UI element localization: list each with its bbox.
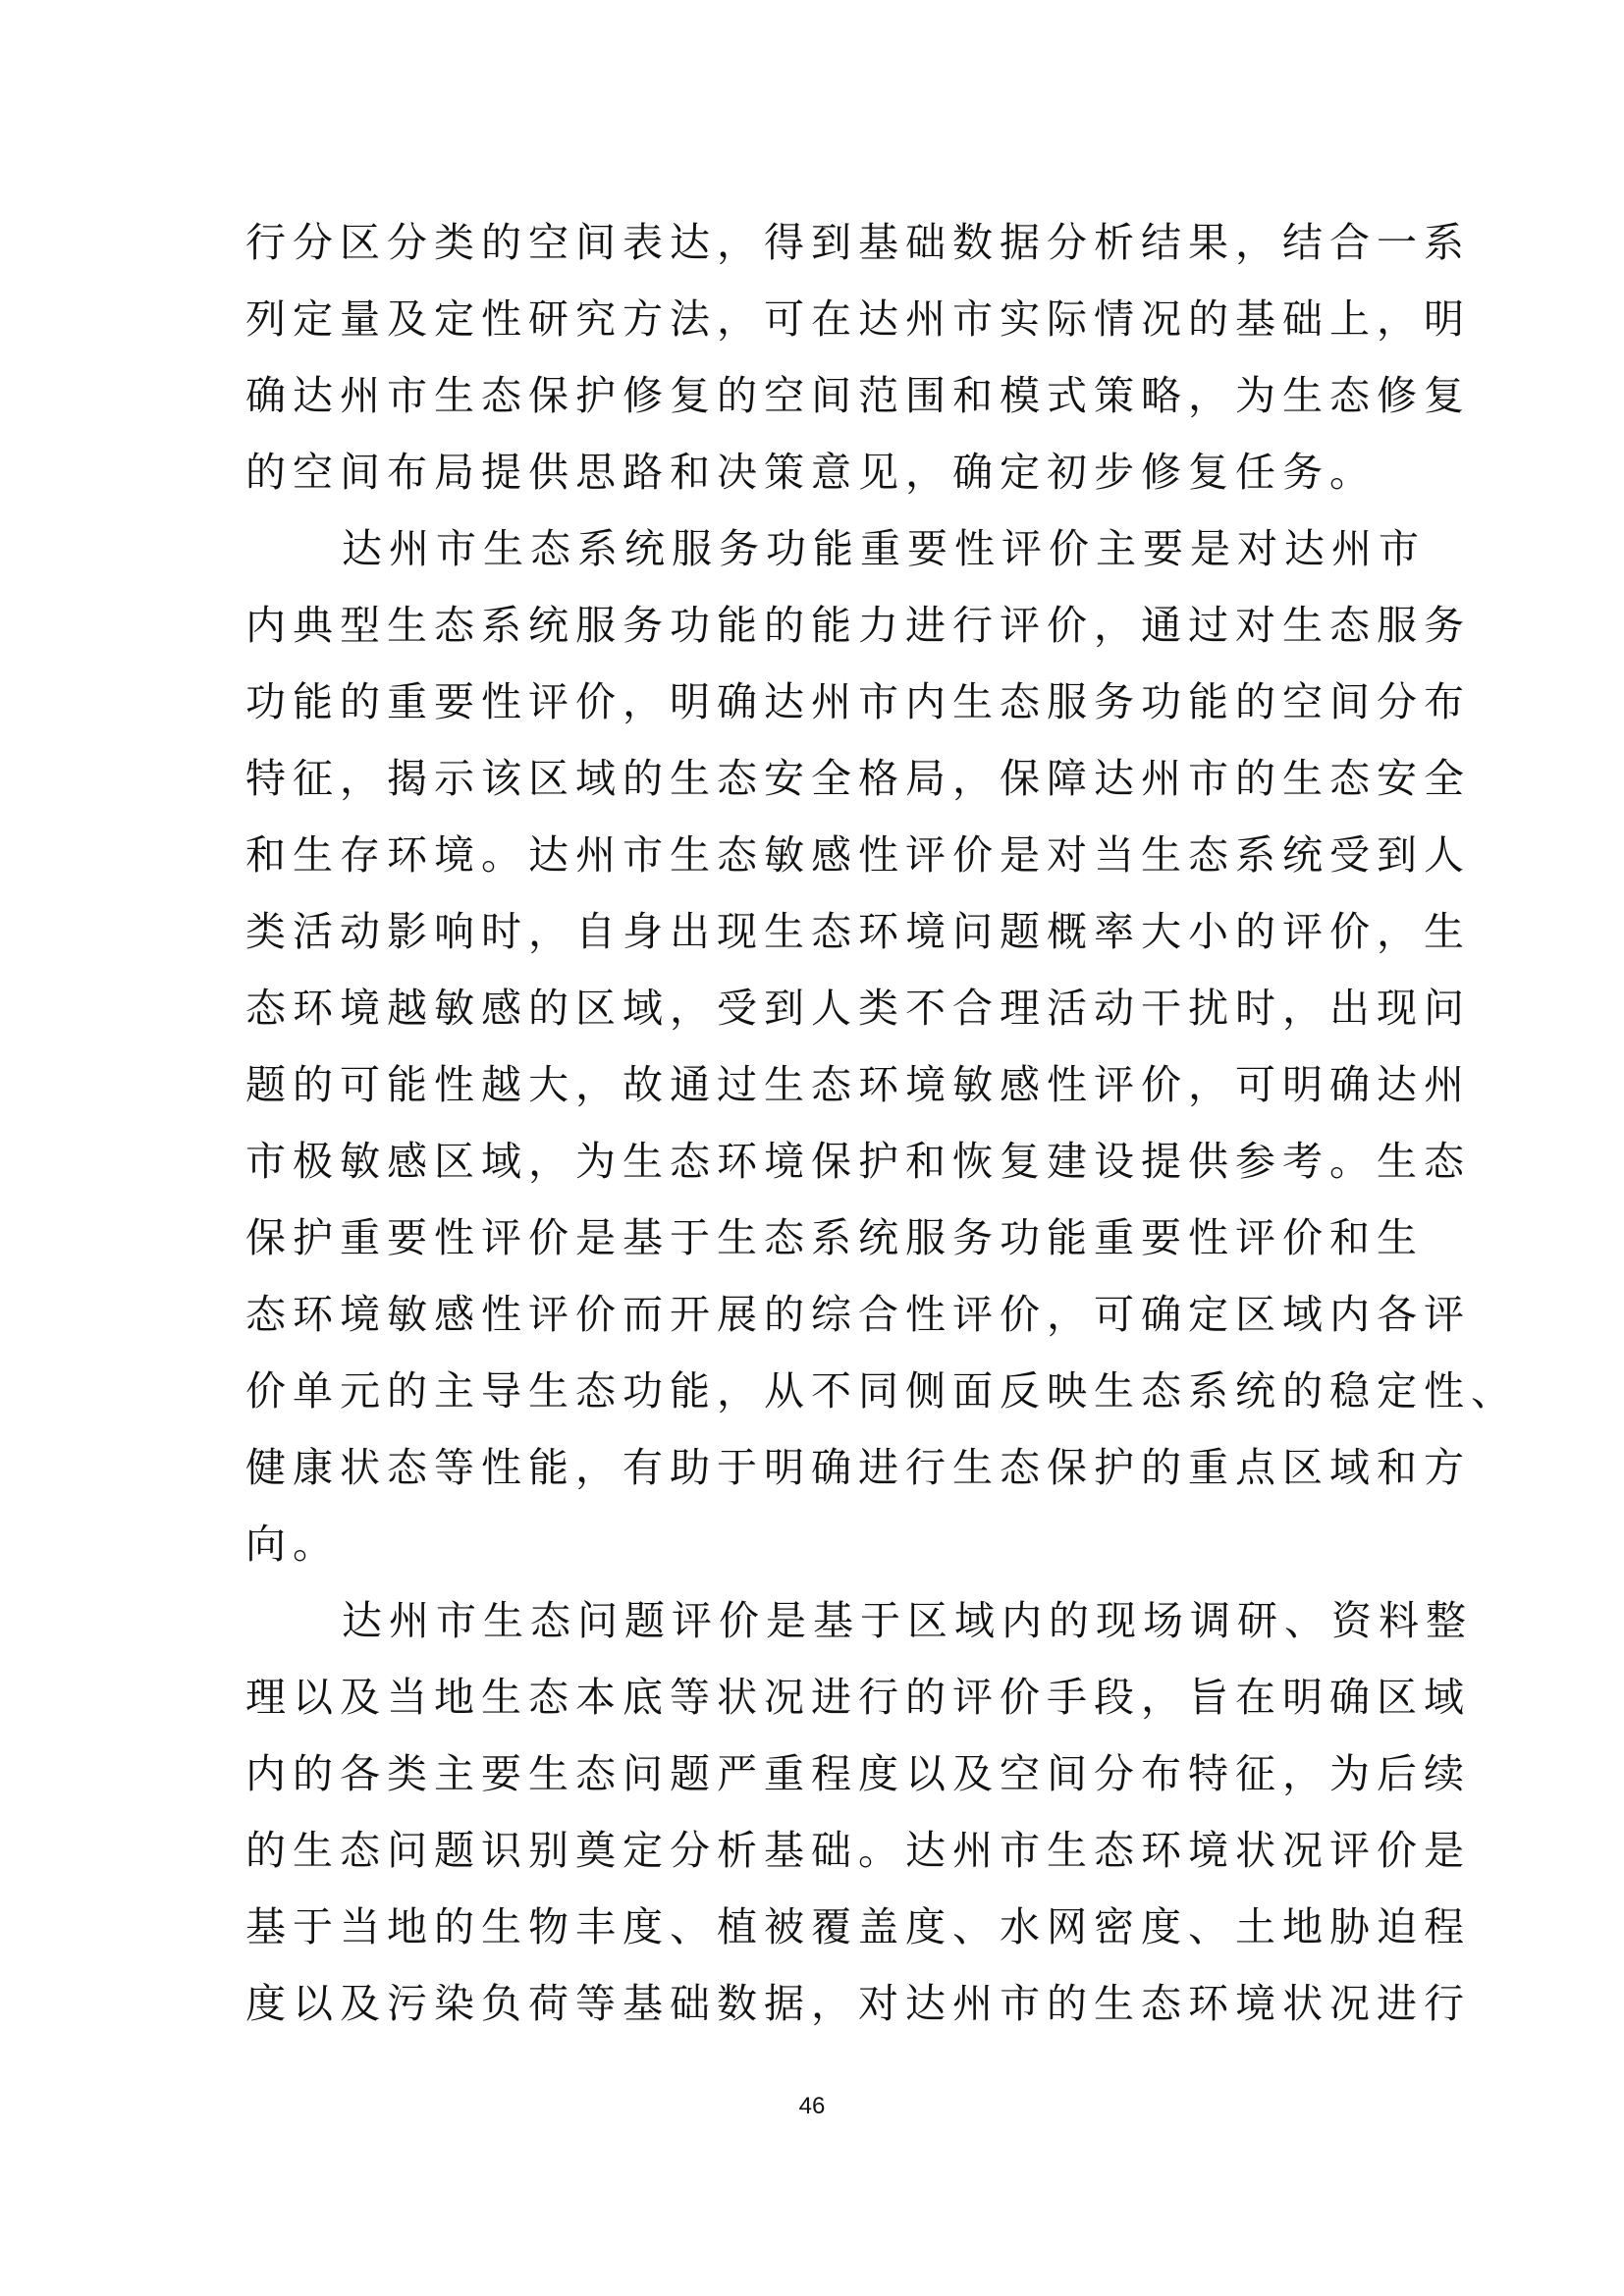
- text-line: 内的各类主要生态问题严重程度以及空间分布特征，为后续: [245, 1735, 1394, 1812]
- document-page: 行分区分类的空间表达，得到基础数据分析结果，结合一系 列定量及定性研究方法，可在…: [0, 0, 1624, 2296]
- text-line: 的空间布局提供思路和决策意见，确定初步修复任务。: [245, 434, 1394, 510]
- text-line: 价单元的主导生态功能，从不同侧面反映生态系统的稳定性、: [245, 1353, 1394, 1429]
- text-line: 的生态问题识别奠定分析基础。达州市生态环境状况评价是: [245, 1812, 1394, 1889]
- text-line: 态环境敏感性评价而开展的综合性评价，可确定区域内各评: [245, 1276, 1394, 1353]
- body-text: 行分区分类的空间表达，得到基础数据分析结果，结合一系 列定量及定性研究方法，可在…: [245, 204, 1394, 2042]
- text-line: 类活动影响时，自身出现生态环境问题概率大小的评价，生: [245, 893, 1394, 970]
- text-line: 列定量及定性研究方法，可在达州市实际情况的基础上，明: [245, 281, 1394, 357]
- text-line: 特征，揭示该区域的生态安全格局，保障达州市的生态安全: [245, 740, 1394, 817]
- text-line: 度以及污染负荷等基础数据，对达州市的生态环境状况进行: [245, 1965, 1394, 2042]
- page-number: 46: [0, 2093, 1624, 2120]
- paragraph-first-line: 达州市生态问题评价是基于区域内的现场调研、资料整: [245, 1582, 1394, 1659]
- text-line: 题的可能性越大，故通过生态环境敏感性评价，可明确达州: [245, 1046, 1394, 1123]
- text-line: 功能的重要性评价，明确达州市内生态服务功能的空间分布: [245, 664, 1394, 740]
- text-line: 市极敏感区域，为生态环境保护和恢复建设提供参考。生态: [245, 1123, 1394, 1200]
- text-line: 确达州市生态保护修复的空间范围和模式策略，为生态修复: [245, 357, 1394, 434]
- text-line: 基于当地的生物丰度、植被覆盖度、水网密度、土地胁迫程: [245, 1889, 1394, 1965]
- text-line: 理以及当地生态本底等状况进行的评价手段，旨在明确区域: [245, 1659, 1394, 1735]
- text-line: 态环境越敏感的区域，受到人类不合理活动干扰时，出现问: [245, 970, 1394, 1046]
- text-line: 行分区分类的空间表达，得到基础数据分析结果，结合一系: [245, 204, 1394, 281]
- text-line: 保护重要性评价是基于生态系统服务功能重要性评价和生: [245, 1200, 1394, 1276]
- paragraph-first-line: 达州市生态系统服务功能重要性评价主要是对达州市: [245, 510, 1394, 587]
- text-line: 内典型生态系统服务功能的能力进行评价，通过对生态服务: [245, 587, 1394, 664]
- text-line: 和生存环境。达州市生态敏感性评价是对当生态系统受到人: [245, 817, 1394, 893]
- text-line: 健康状态等性能，有助于明确进行生态保护的重点区域和方: [245, 1429, 1394, 1506]
- text-line: 向。: [245, 1506, 1394, 1582]
